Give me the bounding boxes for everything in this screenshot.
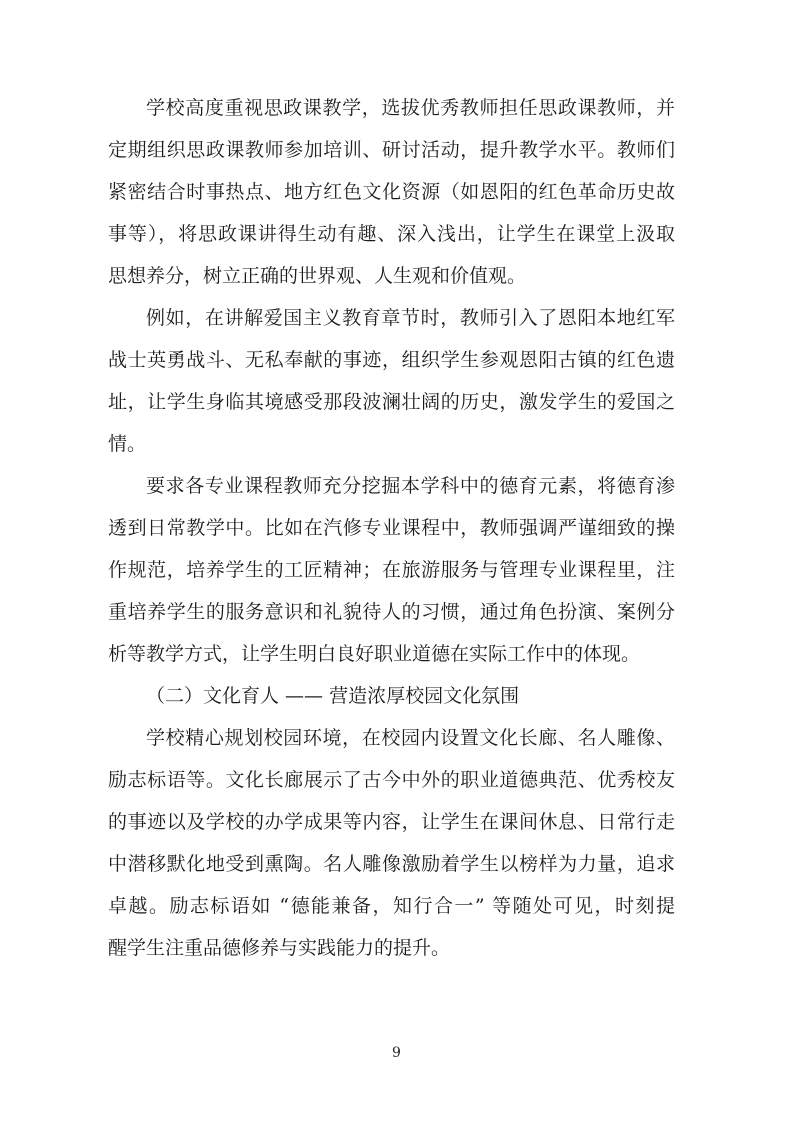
page-number: 9 [392, 1045, 401, 1061]
para-moral-education-in-professional-courses: 要求各专业课程教师充分挖掘本学科中的德育元素，将德育渗透到日常教学中。比如在汽修… [108, 465, 675, 675]
text-line: 醒学生注重品德修养与实践能力的提升。 [108, 927, 675, 969]
text-line: 重培养学生的服务意识和礼貌待人的习惯，通过角色扮演、案例分 [108, 591, 675, 633]
text-line: 事等），将思政课讲得生动有趣、深入浅出，让学生在课堂上汲取 [108, 213, 675, 255]
para-ideological-political-course-teaching: 学校高度重视思政课教学，选拔优秀教师担任思政课教师，并定期组织思政课教师参加培训… [108, 87, 675, 297]
text-line: 的事迹以及学校的办学成果等内容，让学生在课间休息、日常行走 [108, 801, 675, 843]
text-line: （二）文化育人 —— 营造浓厚校园文化氛围 [108, 675, 675, 717]
text-line: 励志标语等。文化长廊展示了古今中外的职业道德典范、优秀校友 [108, 759, 675, 801]
document-body: 学校高度重视思政课教学，选拔优秀教师担任思政课教师，并定期组织思政课教师参加培训… [108, 87, 675, 969]
text-line: 址，让学生身临其境感受那段波澜壮阔的历史，激发学生的爱国之 [108, 381, 675, 423]
text-line: 透到日常教学中。比如在汽修专业课程中，教师强调严谨细致的操 [108, 507, 675, 549]
text-line: 定期组织思政课教师参加培训、研讨活动，提升教学水平。教师们 [108, 129, 675, 171]
text-line: 紧密结合时事热点、地方红色文化资源（如恩阳的红色革命历史故 [108, 171, 675, 213]
text-line: 中潜移默化地受到熏陶。名人雕像激励着学生以榜样为力量，追求 [108, 843, 675, 885]
text-line: 情。 [108, 423, 675, 465]
text-line: 析等教学方式，让学生明白良好职业道德在实际工作中的体现。 [108, 633, 675, 675]
para-campus-culture-environment: 学校精心规划校园环境，在校园内设置文化长廊、名人雕像、励志标语等。文化长廊展示了… [108, 717, 675, 969]
heading-culture-education: （二）文化育人 —— 营造浓厚校园文化氛围 [108, 675, 675, 717]
text-line: 卓越。励志标语如 “德能兼备，知行合一” 等随处可见，时刻提 [108, 885, 675, 927]
text-line: 学校高度重视思政课教学，选拔优秀教师担任思政课教师，并 [108, 87, 675, 129]
text-line: 例如，在讲解爱国主义教育章节时，教师引入了恩阳本地红军 [108, 297, 675, 339]
text-line: 战士英勇战斗、无私奉献的事迹，组织学生参观恩阳古镇的红色遗 [108, 339, 675, 381]
text-line: 要求各专业课程教师充分挖掘本学科中的德育元素，将德育渗 [108, 465, 675, 507]
text-line: 作规范，培养学生的工匠精神；在旅游服务与管理专业课程里，注 [108, 549, 675, 591]
text-line: 思想养分，树立正确的世界观、人生观和价值观。 [108, 255, 675, 297]
para-patriotism-education-example: 例如，在讲解爱国主义教育章节时，教师引入了恩阳本地红军战士英勇战斗、无私奉献的事… [108, 297, 675, 465]
page-footer: 9 [0, 1042, 793, 1063]
document-page: 学校高度重视思政课教学，选拔优秀教师担任思政课教师，并定期组织思政课教师参加培训… [0, 0, 793, 1122]
text-line: 学校精心规划校园环境，在校园内设置文化长廊、名人雕像、 [108, 717, 675, 759]
